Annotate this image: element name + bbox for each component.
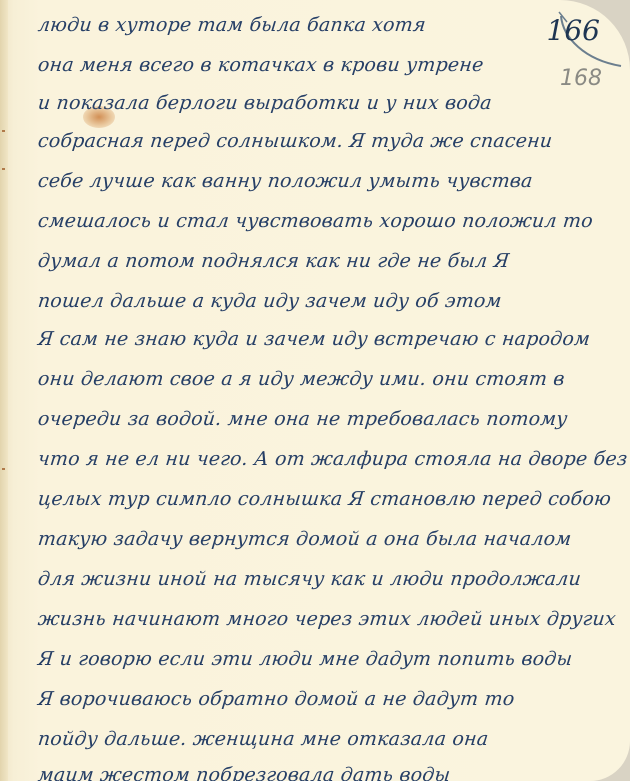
- handwritten-line: собрасная перед солнышком. Я туда же спа…: [37, 130, 601, 152]
- handwritten-line: пошел дальше а куда иду зачем иду об это…: [37, 290, 601, 312]
- handwritten-line: целых тур симпло солнышка Я становлю пер…: [37, 488, 601, 510]
- handwritten-line: и показала берлоги выработки и у них вод…: [37, 92, 601, 114]
- handwritten-line: очереди за водой. мне она не требовалась…: [37, 408, 601, 430]
- handwritten-line: для жизни иной на тысячу как и люди прод…: [37, 568, 601, 590]
- handwritten-line: люди в хуторе там была бапка хотя: [37, 14, 601, 36]
- handwritten-line: Я сам не знаю куда и зачем иду встречаю …: [37, 328, 601, 350]
- handwritten-line: такую задачу вернутся домой а она была н…: [37, 528, 601, 550]
- binding-stitch: [2, 130, 5, 132]
- handwritten-line: Я ворочиваюсь обратно домой а не дадут т…: [37, 688, 601, 710]
- handwritten-line: себе лучше как ванну положил умыть чувст…: [37, 170, 601, 192]
- notebook-page: 166 168 люди в хуторе там была бапка хот…: [0, 0, 630, 781]
- handwritten-line: думал а потом поднялся как ни где не был…: [37, 250, 601, 272]
- handwritten-line: Я и говорю если эти люди мне дадут попит…: [37, 648, 601, 670]
- binding-stitch: [2, 168, 5, 170]
- handwritten-line: они делают свое а я иду между ими. они с…: [37, 368, 601, 390]
- handwritten-line: жизнь начинают много через этих людей ин…: [37, 608, 601, 630]
- handwritten-line: смешалось и стал чувствовать хорошо поло…: [37, 210, 601, 232]
- handwritten-line: пойду дальше. женщина мне отказала она: [37, 728, 601, 750]
- binding-stitch: [2, 468, 5, 470]
- page-binding-edge: [0, 0, 8, 781]
- handwritten-line: она меня всего в котачках в крови утрене: [37, 54, 601, 76]
- handwritten-line: маим жестом побрезговала дать воды: [37, 764, 601, 781]
- handwritten-line: что я не ел ни чего. А от жалфира стояла…: [37, 448, 601, 470]
